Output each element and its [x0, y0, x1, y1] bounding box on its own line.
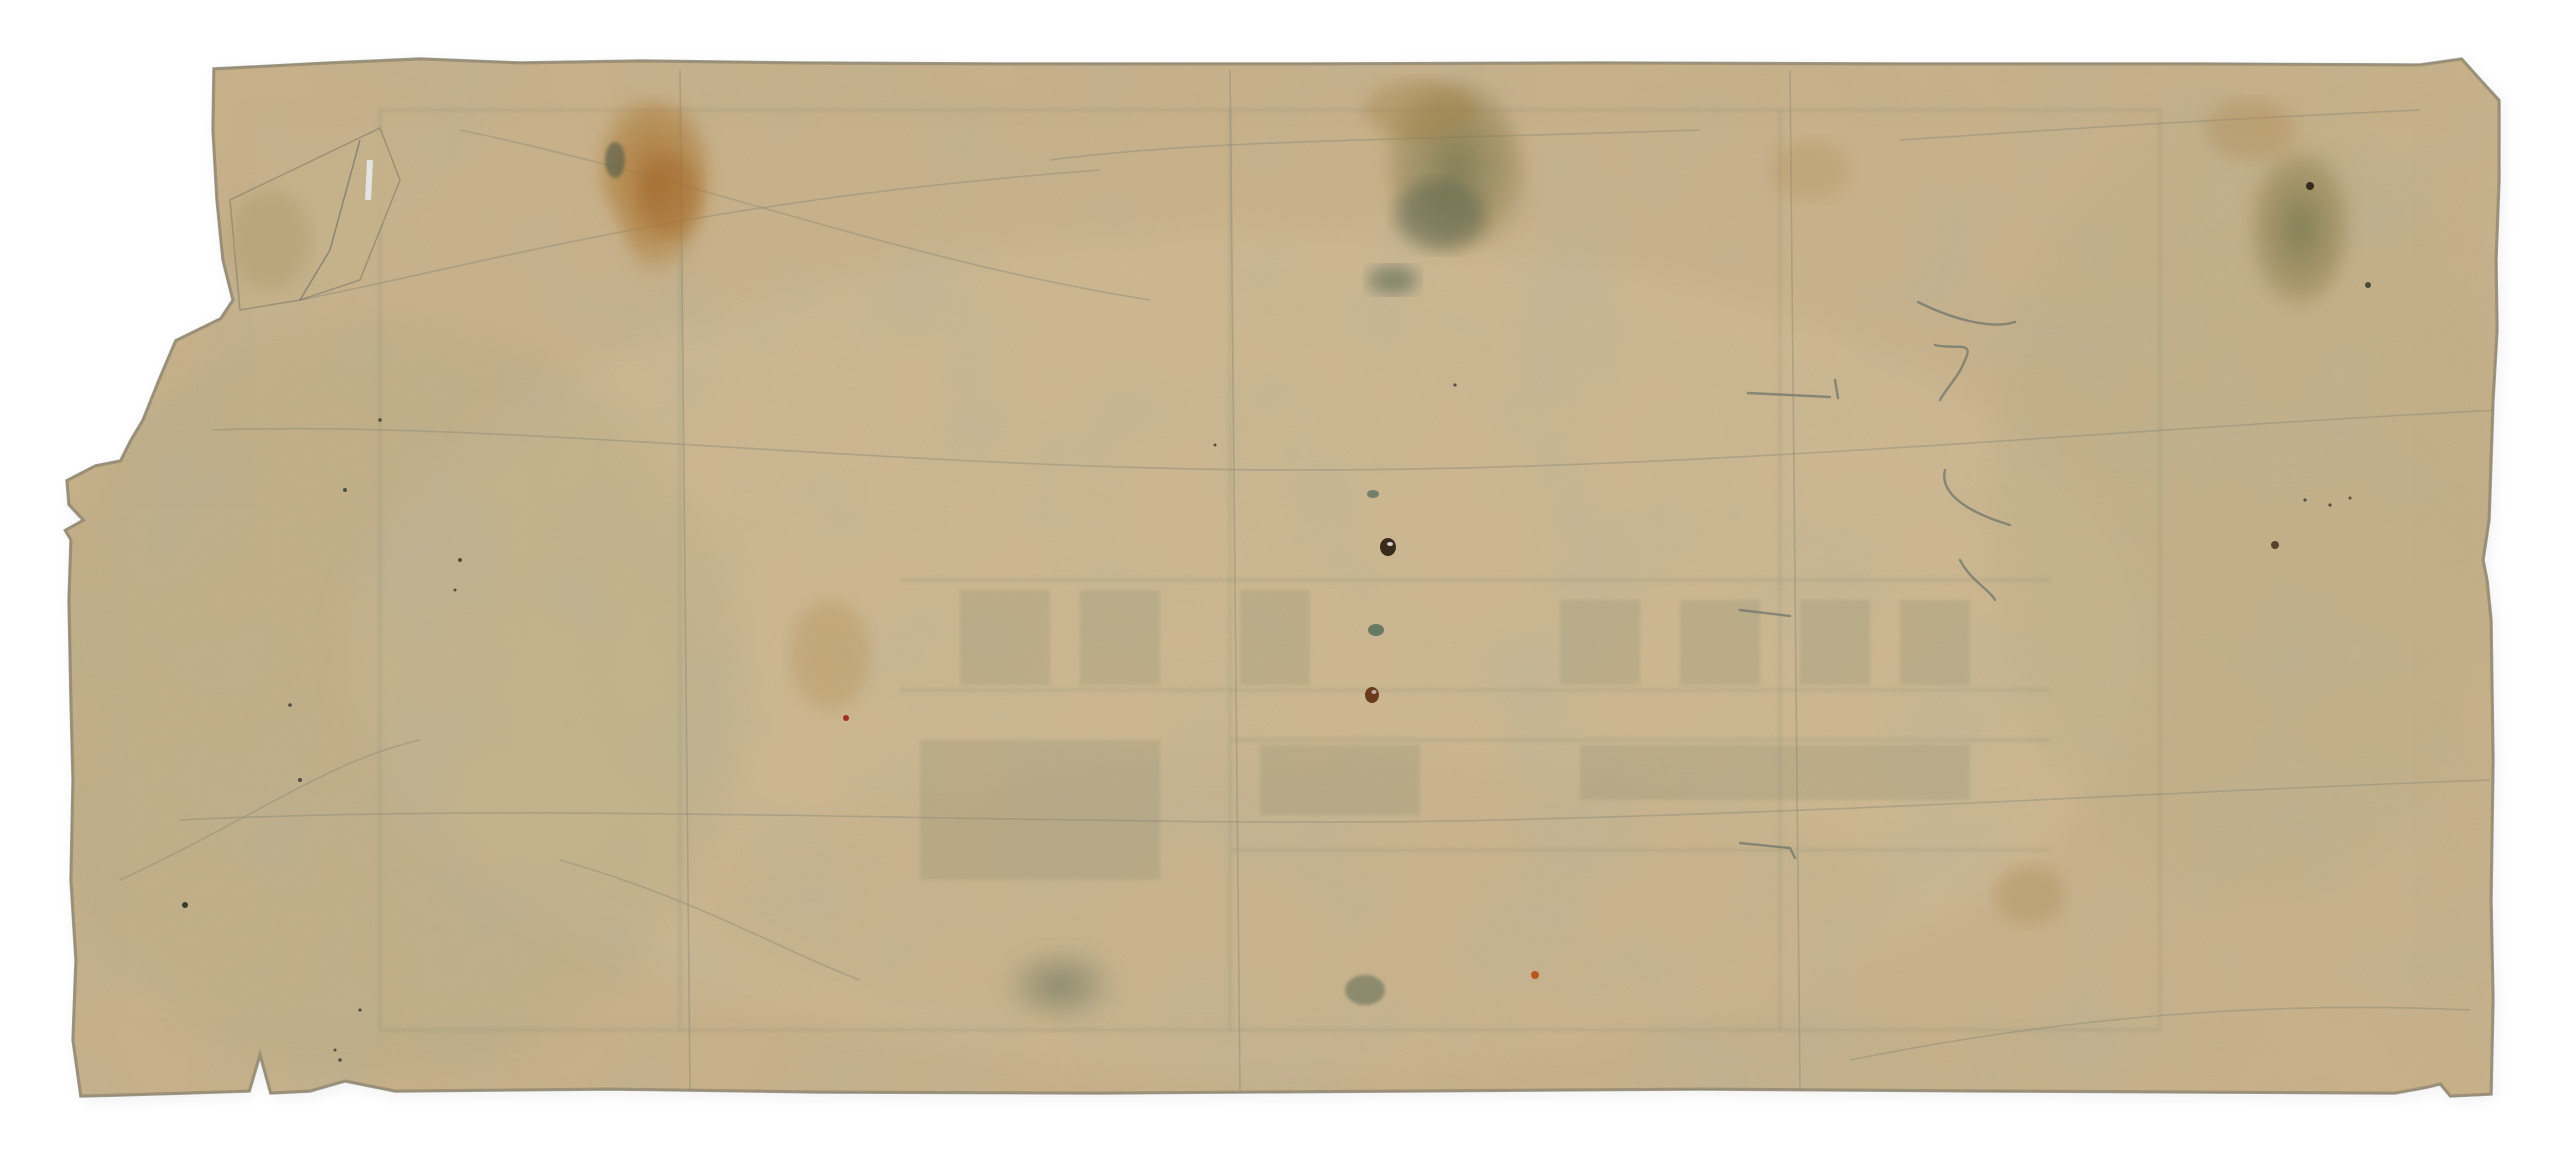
banknote-photo — [0, 0, 2560, 1153]
paper-sheet — [0, 0, 2560, 1153]
